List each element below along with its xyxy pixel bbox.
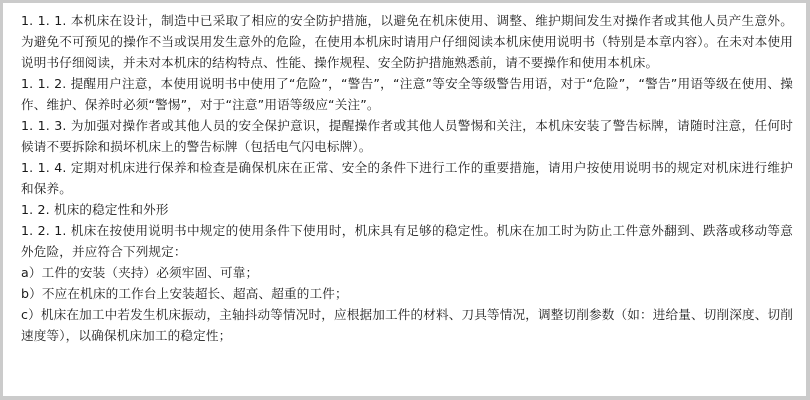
document-frame: 1. 1. 1. 本机床在设计，制造中已采取了相应的安全防护措施，以避免在机床使… <box>0 0 810 400</box>
paragraph-1-2-1: 1. 2. 1. 机床在按使用说明书中规定的使用条件下使用时，机床具有足够的稳定… <box>21 220 793 262</box>
document-body: 1. 1. 1. 本机床在设计，制造中已采取了相应的安全防护措施，以避免在机床使… <box>21 10 793 346</box>
list-item-b: b）不应在机床的工作台上安装超长、超高、超重的工件； <box>21 283 793 304</box>
section-heading-1-2: 1. 2. 机床的稳定性和外形 <box>21 199 793 220</box>
list-item-c: c）机床在加工中若发生机床振动，主轴抖动等情况时，应根据加工件的材料、刀具等情况… <box>21 304 793 346</box>
paragraph-1-1-1: 1. 1. 1. 本机床在设计，制造中已采取了相应的安全防护措施，以避免在机床使… <box>21 10 793 73</box>
paragraph-1-1-4: 1. 1. 4. 定期对机床进行保养和检查是确保机床在正常、安全的条件下进行工作… <box>21 157 793 199</box>
paragraph-1-1-2: 1. 1. 2. 提醒用户注意，本使用说明书中使用了“危险”，“警告”，“注意”… <box>21 73 793 115</box>
paragraph-1-1-3: 1. 1. 3. 为加强对操作者或其他人员的安全保护意识，提醒操作者或其他人员警… <box>21 115 793 157</box>
list-item-a: a）工件的安装（夹持）必须牢固、可靠； <box>21 262 793 283</box>
